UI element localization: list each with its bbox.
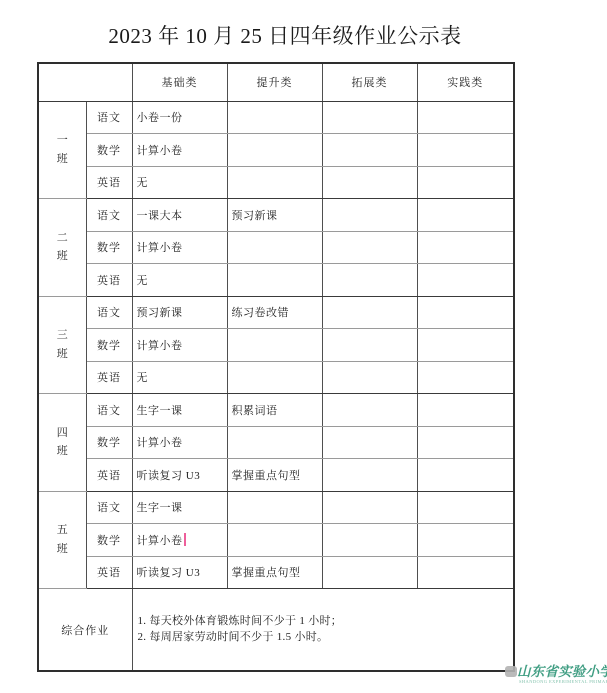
class-name: 三班	[57, 326, 68, 363]
comprehensive-homework-row: 综合作业 1. 每天校外体育锻炼时间不少于 1 小时； 2. 每周居家劳动时间不…	[38, 589, 514, 672]
table-row: 数学 计算小卷	[38, 134, 514, 167]
subject-cell[interactable]: 语文	[86, 101, 132, 134]
hw-basic-cell[interactable]: 无	[132, 264, 227, 297]
hw-text: 练习卷改错	[232, 307, 290, 319]
hw-basic-cell[interactable]: 无	[132, 166, 227, 199]
subject-cell[interactable]: 数学	[86, 329, 132, 362]
hw-text: 小卷一份	[137, 112, 183, 124]
hw-text: 计算小卷	[137, 535, 183, 547]
class-5-cell[interactable]: 五班	[38, 491, 86, 589]
comprehensive-content-cell[interactable]: 1. 每天校外体育锻炼时间不少于 1 小时； 2. 每周居家劳动时间不少于 1.…	[132, 589, 514, 672]
subject-cell[interactable]: 英语	[86, 459, 132, 492]
hw-practice-cell[interactable]	[417, 329, 514, 362]
school-name-cn: 山东省实验小学	[517, 660, 607, 680]
hw-practice-cell[interactable]	[417, 524, 514, 557]
table-row: 数学 计算小卷	[38, 231, 514, 264]
hw-text: 计算小卷	[137, 145, 183, 157]
class-name: 四班	[57, 424, 68, 461]
hw-expand-cell[interactable]	[322, 296, 417, 329]
comprehensive-line-2: 2. 每周居家劳动时间不少于 1.5 小时。	[138, 630, 514, 646]
hw-expand-cell[interactable]	[322, 426, 417, 459]
hw-basic-cell[interactable]: 计算小卷	[132, 231, 227, 264]
hw-expand-cell[interactable]	[322, 556, 417, 589]
hw-basic-cell[interactable]: 生字一课	[132, 394, 227, 427]
hw-practice-cell[interactable]	[417, 296, 514, 329]
document-page: 2023 年 10 月 25 日四年级作业公示表 基础类 提升类 拓展类 实践类…	[0, 0, 607, 693]
header-improve[interactable]: 提升类	[227, 63, 322, 101]
hw-text: 听读复习 U3	[137, 470, 201, 482]
hw-improve-cell[interactable]	[227, 361, 322, 394]
table-row: 一班 语文 小卷一份	[38, 101, 514, 134]
subject-cell[interactable]: 数学	[86, 426, 132, 459]
subject-cell[interactable]: 数学	[86, 231, 132, 264]
page-title[interactable]: 2023 年 10 月 25 日四年级作业公示表	[0, 20, 570, 50]
hw-basic-cell[interactable]: 计算小卷	[132, 524, 227, 557]
subject-label: 语文	[97, 307, 121, 319]
class-3-cell[interactable]: 三班	[38, 296, 86, 394]
header-basic[interactable]: 基础类	[132, 63, 227, 101]
header-label: 提升类	[257, 77, 293, 89]
hw-text: 计算小卷	[137, 340, 183, 352]
hw-basic-cell[interactable]: 计算小卷	[132, 134, 227, 167]
hw-basic-cell[interactable]: 无	[132, 361, 227, 394]
hw-text: 掌握重点句型	[232, 470, 301, 482]
school-name-en: SHANDONG EXPERIMENTAL PRIMARY SCHOOL	[519, 679, 607, 684]
hw-expand-cell[interactable]	[322, 101, 417, 134]
table-row: 二班 语文 一课大本 预习新课	[38, 199, 514, 232]
subject-cell[interactable]: 数学	[86, 524, 132, 557]
school-logo-mark-icon	[505, 666, 517, 677]
header-label: 基础类	[162, 77, 198, 89]
hw-expand-cell[interactable]	[322, 231, 417, 264]
header-label: 拓展类	[352, 77, 388, 89]
subject-cell[interactable]: 语文	[86, 491, 132, 524]
hw-expand-cell[interactable]	[322, 329, 417, 362]
table-row: 英语 听读复习 U3 掌握重点句型	[38, 556, 514, 589]
hw-text: 生字一课	[137, 405, 183, 417]
hw-improve-cell[interactable]	[227, 524, 322, 557]
class-name: 一班	[57, 131, 68, 168]
subject-label: 语文	[97, 405, 121, 417]
hw-practice-cell[interactable]	[417, 166, 514, 199]
hw-basic-cell[interactable]: 一课大本	[132, 199, 227, 232]
hw-basic-cell[interactable]: 预习新课	[132, 296, 227, 329]
hw-practice-cell[interactable]	[417, 101, 514, 134]
hw-text: 掌握重点句型	[232, 567, 301, 579]
corner-cell[interactable]	[38, 63, 132, 101]
hw-expand-cell[interactable]	[322, 491, 417, 524]
hw-expand-cell[interactable]	[322, 524, 417, 557]
hw-expand-cell[interactable]	[322, 134, 417, 167]
header-expand[interactable]: 拓展类	[322, 63, 417, 101]
hw-expand-cell[interactable]	[322, 459, 417, 492]
hw-text: 计算小卷	[137, 437, 183, 449]
subject-cell[interactable]: 语文	[86, 394, 132, 427]
class-4-cell[interactable]: 四班	[38, 394, 86, 492]
hw-text: 无	[137, 372, 149, 384]
hw-improve-cell[interactable]	[227, 231, 322, 264]
table-row: 英语 无	[38, 361, 514, 394]
hw-expand-cell[interactable]	[322, 394, 417, 427]
hw-practice-cell[interactable]	[417, 231, 514, 264]
hw-text: 无	[137, 275, 149, 287]
header-practice[interactable]: 实践类	[417, 63, 514, 101]
hw-practice-cell[interactable]	[417, 361, 514, 394]
hw-basic-cell[interactable]: 计算小卷	[132, 426, 227, 459]
table-row: 数学 计算小卷	[38, 426, 514, 459]
hw-basic-cell[interactable]: 生字一课	[132, 491, 227, 524]
subject-label: 英语	[97, 275, 121, 287]
subject-label: 英语	[97, 177, 121, 189]
hw-improve-cell[interactable]	[227, 264, 322, 297]
header-label: 实践类	[447, 77, 483, 89]
subject-cell[interactable]: 英语	[86, 556, 132, 589]
table-row: 英语 听读复习 U3 掌握重点句型	[38, 459, 514, 492]
subject-label: 英语	[97, 470, 121, 482]
subject-label: 数学	[97, 437, 121, 449]
subject-label: 数学	[97, 242, 121, 254]
hw-text: 听读复习 U3	[137, 567, 201, 579]
subject-label: 语文	[97, 502, 121, 514]
subject-cell[interactable]: 英语	[86, 264, 132, 297]
hw-practice-cell[interactable]	[417, 426, 514, 459]
hw-improve-cell[interactable]	[227, 491, 322, 524]
subject-label: 数学	[97, 535, 121, 547]
hw-improve-cell[interactable]: 掌握重点句型	[227, 459, 322, 492]
table-row: 三班 语文 预习新课 练习卷改错	[38, 296, 514, 329]
hw-text: 一课大本	[137, 210, 183, 222]
hw-practice-cell[interactable]	[417, 199, 514, 232]
hw-practice-cell[interactable]	[417, 459, 514, 492]
hw-basic-cell[interactable]: 计算小卷	[132, 329, 227, 362]
hw-basic-cell[interactable]: 听读复习 U3	[132, 556, 227, 589]
hw-text: 计算小卷	[137, 242, 183, 254]
table-row: 五班 语文 生字一课	[38, 491, 514, 524]
subject-cell[interactable]: 英语	[86, 166, 132, 199]
table-row: 英语 无	[38, 166, 514, 199]
subject-label: 英语	[97, 372, 121, 384]
subject-cell[interactable]: 英语	[86, 361, 132, 394]
table-row: 英语 无	[38, 264, 514, 297]
comprehensive-line-1: 1. 每天校外体育锻炼时间不少于 1 小时；	[138, 614, 514, 630]
subject-label: 数学	[97, 340, 121, 352]
hw-improve-cell[interactable]	[227, 101, 322, 134]
hw-improve-cell[interactable]	[227, 329, 322, 362]
hw-text: 无	[137, 177, 149, 189]
hw-improve-cell[interactable]	[227, 166, 322, 199]
table-row: 数学 计算小卷	[38, 329, 514, 362]
hw-text: 积累词语	[232, 405, 278, 417]
hw-improve-cell[interactable]: 练习卷改错	[227, 296, 322, 329]
hw-expand-cell[interactable]	[322, 264, 417, 297]
table-row: 四班 语文 生字一课 积累词语	[38, 394, 514, 427]
class-2-cell[interactable]: 二班	[38, 199, 86, 297]
hw-improve-cell[interactable]: 积累词语	[227, 394, 322, 427]
school-watermark: 山东省实验小学 SHANDONG EXPERIMENTAL PRIMARY SC…	[500, 658, 607, 693]
hw-practice-cell[interactable]	[417, 556, 514, 589]
homework-table: 基础类 提升类 拓展类 实践类 一班 语文 小卷一份 数学 计算小卷	[37, 62, 515, 672]
hw-practice-cell[interactable]	[417, 394, 514, 427]
hw-expand-cell[interactable]	[322, 361, 417, 394]
hw-expand-cell[interactable]	[322, 166, 417, 199]
table-header-row: 基础类 提升类 拓展类 实践类	[38, 63, 514, 101]
hw-improve-cell[interactable]: 预习新课	[227, 199, 322, 232]
hw-improve-cell[interactable]	[227, 426, 322, 459]
subject-cell[interactable]: 语文	[86, 296, 132, 329]
hw-basic-cell[interactable]: 听读复习 U3	[132, 459, 227, 492]
comprehensive-label-cell[interactable]: 综合作业	[38, 589, 132, 672]
subject-label: 数学	[97, 145, 121, 157]
class-name: 五班	[57, 521, 68, 558]
hw-text: 预习新课	[232, 210, 278, 222]
hw-expand-cell[interactable]	[322, 199, 417, 232]
hw-practice-cell[interactable]	[417, 264, 514, 297]
subject-cell[interactable]: 语文	[86, 199, 132, 232]
subject-label: 英语	[97, 567, 121, 579]
hw-basic-cell[interactable]: 小卷一份	[132, 101, 227, 134]
table-row: 数学 计算小卷	[38, 524, 514, 557]
hw-practice-cell[interactable]	[417, 134, 514, 167]
subject-cell[interactable]: 数学	[86, 134, 132, 167]
subject-label: 语文	[97, 112, 121, 124]
class-name: 二班	[57, 229, 68, 266]
hw-text: 生字一课	[137, 502, 183, 514]
hw-text: 预习新课	[137, 307, 183, 319]
subject-label: 语文	[97, 210, 121, 222]
hw-improve-cell[interactable]	[227, 134, 322, 167]
hw-practice-cell[interactable]	[417, 491, 514, 524]
class-1-cell[interactable]: 一班	[38, 101, 86, 199]
text-cursor	[184, 533, 186, 546]
hw-improve-cell[interactable]: 掌握重点句型	[227, 556, 322, 589]
comprehensive-label: 综合作业	[61, 625, 109, 637]
